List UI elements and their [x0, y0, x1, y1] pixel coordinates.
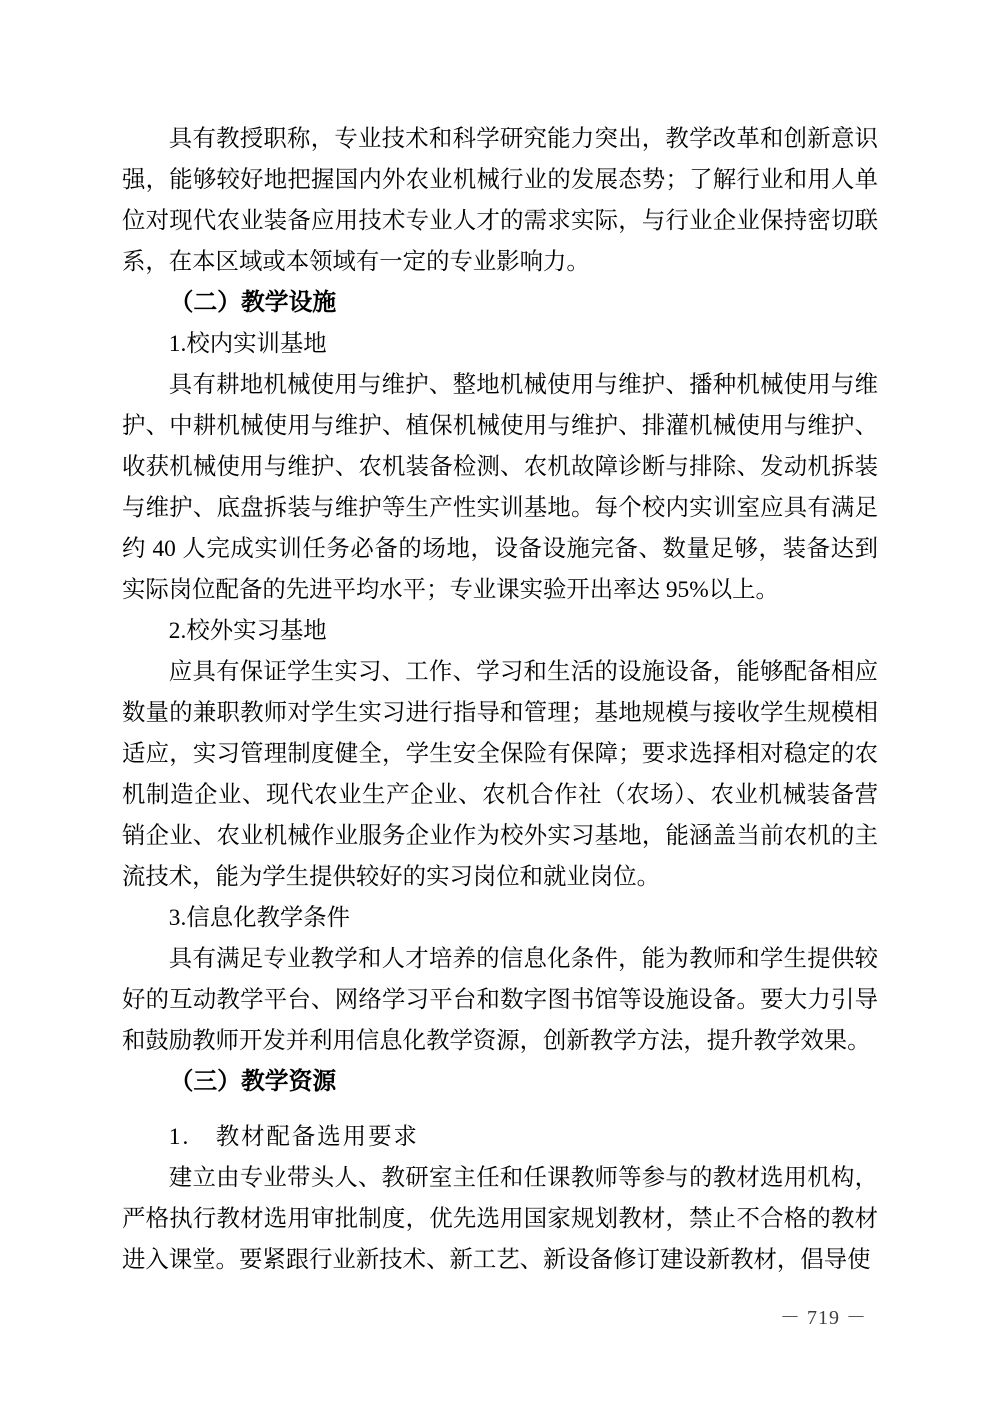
document-page: 具有教授职称，专业技术和科学研究能力突出，教学改革和创新意识强，能够较好地把握国…: [0, 0, 1000, 1414]
paragraph-offcampus-internship-base: 应具有保证学生实习、工作、学习和生活的设施设备，能够配备相应数量的兼职教师对学生…: [122, 652, 878, 898]
paragraph-faculty-qualifications: 具有教授职称，专业技术和科学研究能力突出，教学改革和创新意识强，能够较好地把握国…: [122, 119, 878, 283]
paragraph-campus-training-base: 具有耕地机械使用与维护、整地机械使用与维护、播种机械使用与维护、中耕机械使用与维…: [122, 365, 878, 611]
document-body: 具有教授职称，专业技术和科学研究能力突出，教学改革和创新意识强，能够较好地把握国…: [122, 119, 878, 1281]
paragraph-textbook-selection-requirements: 建立由专业带头人、教研室主任和任课教师等参与的教材选用机构，严格执行教材选用审批…: [122, 1158, 878, 1281]
page-number: － 719 －: [780, 1305, 867, 1331]
section-heading-teaching-facilities: （二）教学设施: [122, 283, 878, 324]
subheading-campus-training-base: 1.校内实训基地: [122, 324, 878, 365]
subheading-offcampus-internship-base: 2.校外实习基地: [122, 611, 878, 652]
paragraph-informatization-conditions: 具有满足专业教学和人才培养的信息化条件，能为教师和学生提供较好的互动教学平台、网…: [122, 939, 878, 1062]
subheading-informatization-conditions: 3.信息化教学条件: [122, 898, 878, 939]
section-heading-teaching-resources: （三）教学资源: [122, 1062, 878, 1103]
subheading-textbook-selection-requirements: 1. 教材配备选用要求: [122, 1117, 878, 1158]
